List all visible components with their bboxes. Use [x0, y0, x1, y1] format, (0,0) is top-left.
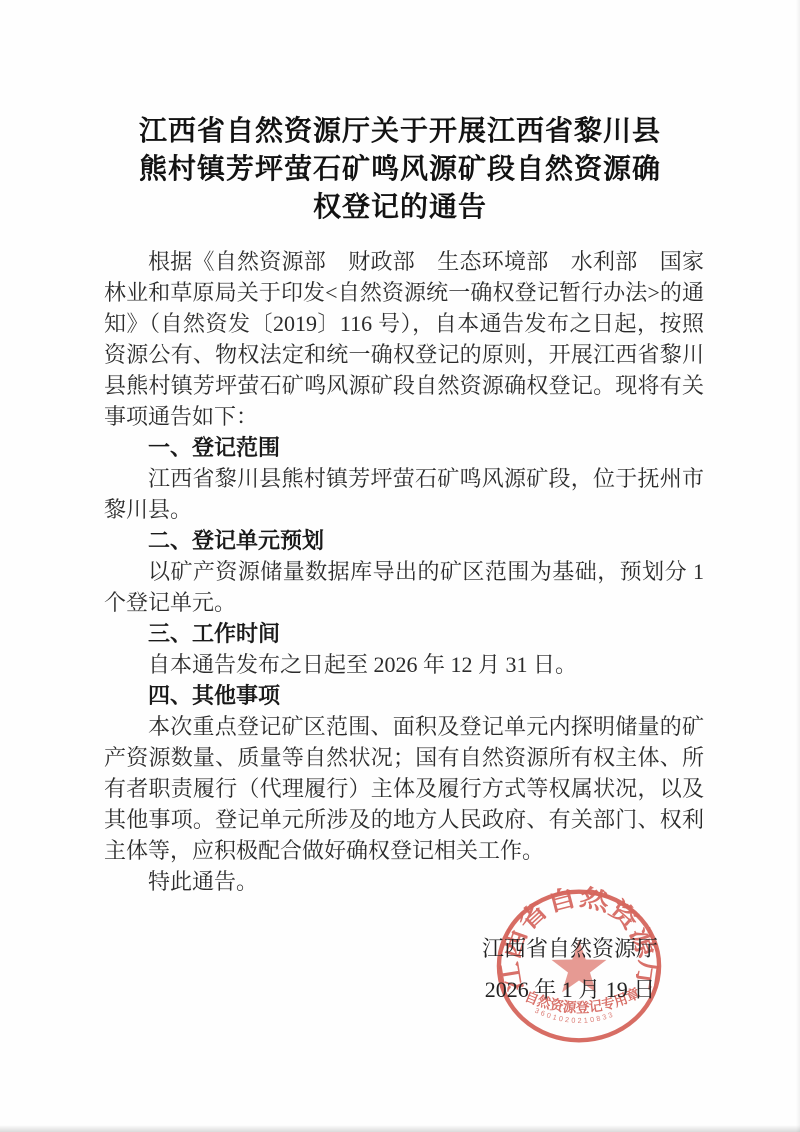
- signature-org: 江西省自然资源厅: [430, 928, 710, 969]
- notice-body: 根据《自然资源部 财政部 生态环境部 水利部 国家林业和草原局关于印发<自然资源…: [104, 246, 704, 897]
- paragraph-section-2: 以矿产资源储量数据库导出的矿区范围为基础，预划分 1 个登记单元。: [104, 556, 704, 618]
- paragraph-intro: 根据《自然资源部 财政部 生态环境部 水利部 国家林业和草原局关于印发<自然资源…: [104, 246, 704, 432]
- section-heading-4: 四、其他事项: [104, 680, 704, 711]
- paragraph-section-1: 江西省黎川县熊村镇芳坪萤石矿鸣风源矿段，位于抚州市黎川县。: [104, 463, 704, 525]
- notice-title: 江西省自然资源厅关于开展江西省黎川县 熊村镇芳坪萤石矿鸣风源矿段自然资源确 权登…: [100, 112, 700, 226]
- notice-title-line-2: 熊村镇芳坪萤石矿鸣风源矿段自然资源确: [100, 150, 700, 188]
- signature-date: 2026 年 1 月 19 日: [430, 969, 710, 1010]
- document-page: 江西省自然资源厅关于开展江西省黎川县 熊村镇芳坪萤石矿鸣风源矿段自然资源确 权登…: [0, 0, 800, 1132]
- signature-block: 江西省自然资源厅 2026 年 1 月 19 日: [430, 928, 710, 1010]
- scan-shadow-bottom: [0, 1125, 800, 1132]
- section-heading-3: 三、工作时间: [104, 618, 704, 649]
- paragraph-section-3: 自本通告发布之日起至 2026 年 12 月 31 日。: [104, 649, 704, 680]
- notice-title-line-3: 权登记的通告: [100, 188, 700, 226]
- scan-shadow-right: [796, 0, 800, 1132]
- section-heading-2: 二、登记单元预划: [104, 525, 704, 556]
- section-heading-1: 一、登记范围: [104, 432, 704, 463]
- notice-title-line-1: 江西省自然资源厅关于开展江西省黎川县: [100, 112, 700, 150]
- paragraph-section-4: 本次重点登记矿区范围、面积及登记单元内探明储量的矿产资源数量、质量等自然状况；国…: [104, 711, 704, 866]
